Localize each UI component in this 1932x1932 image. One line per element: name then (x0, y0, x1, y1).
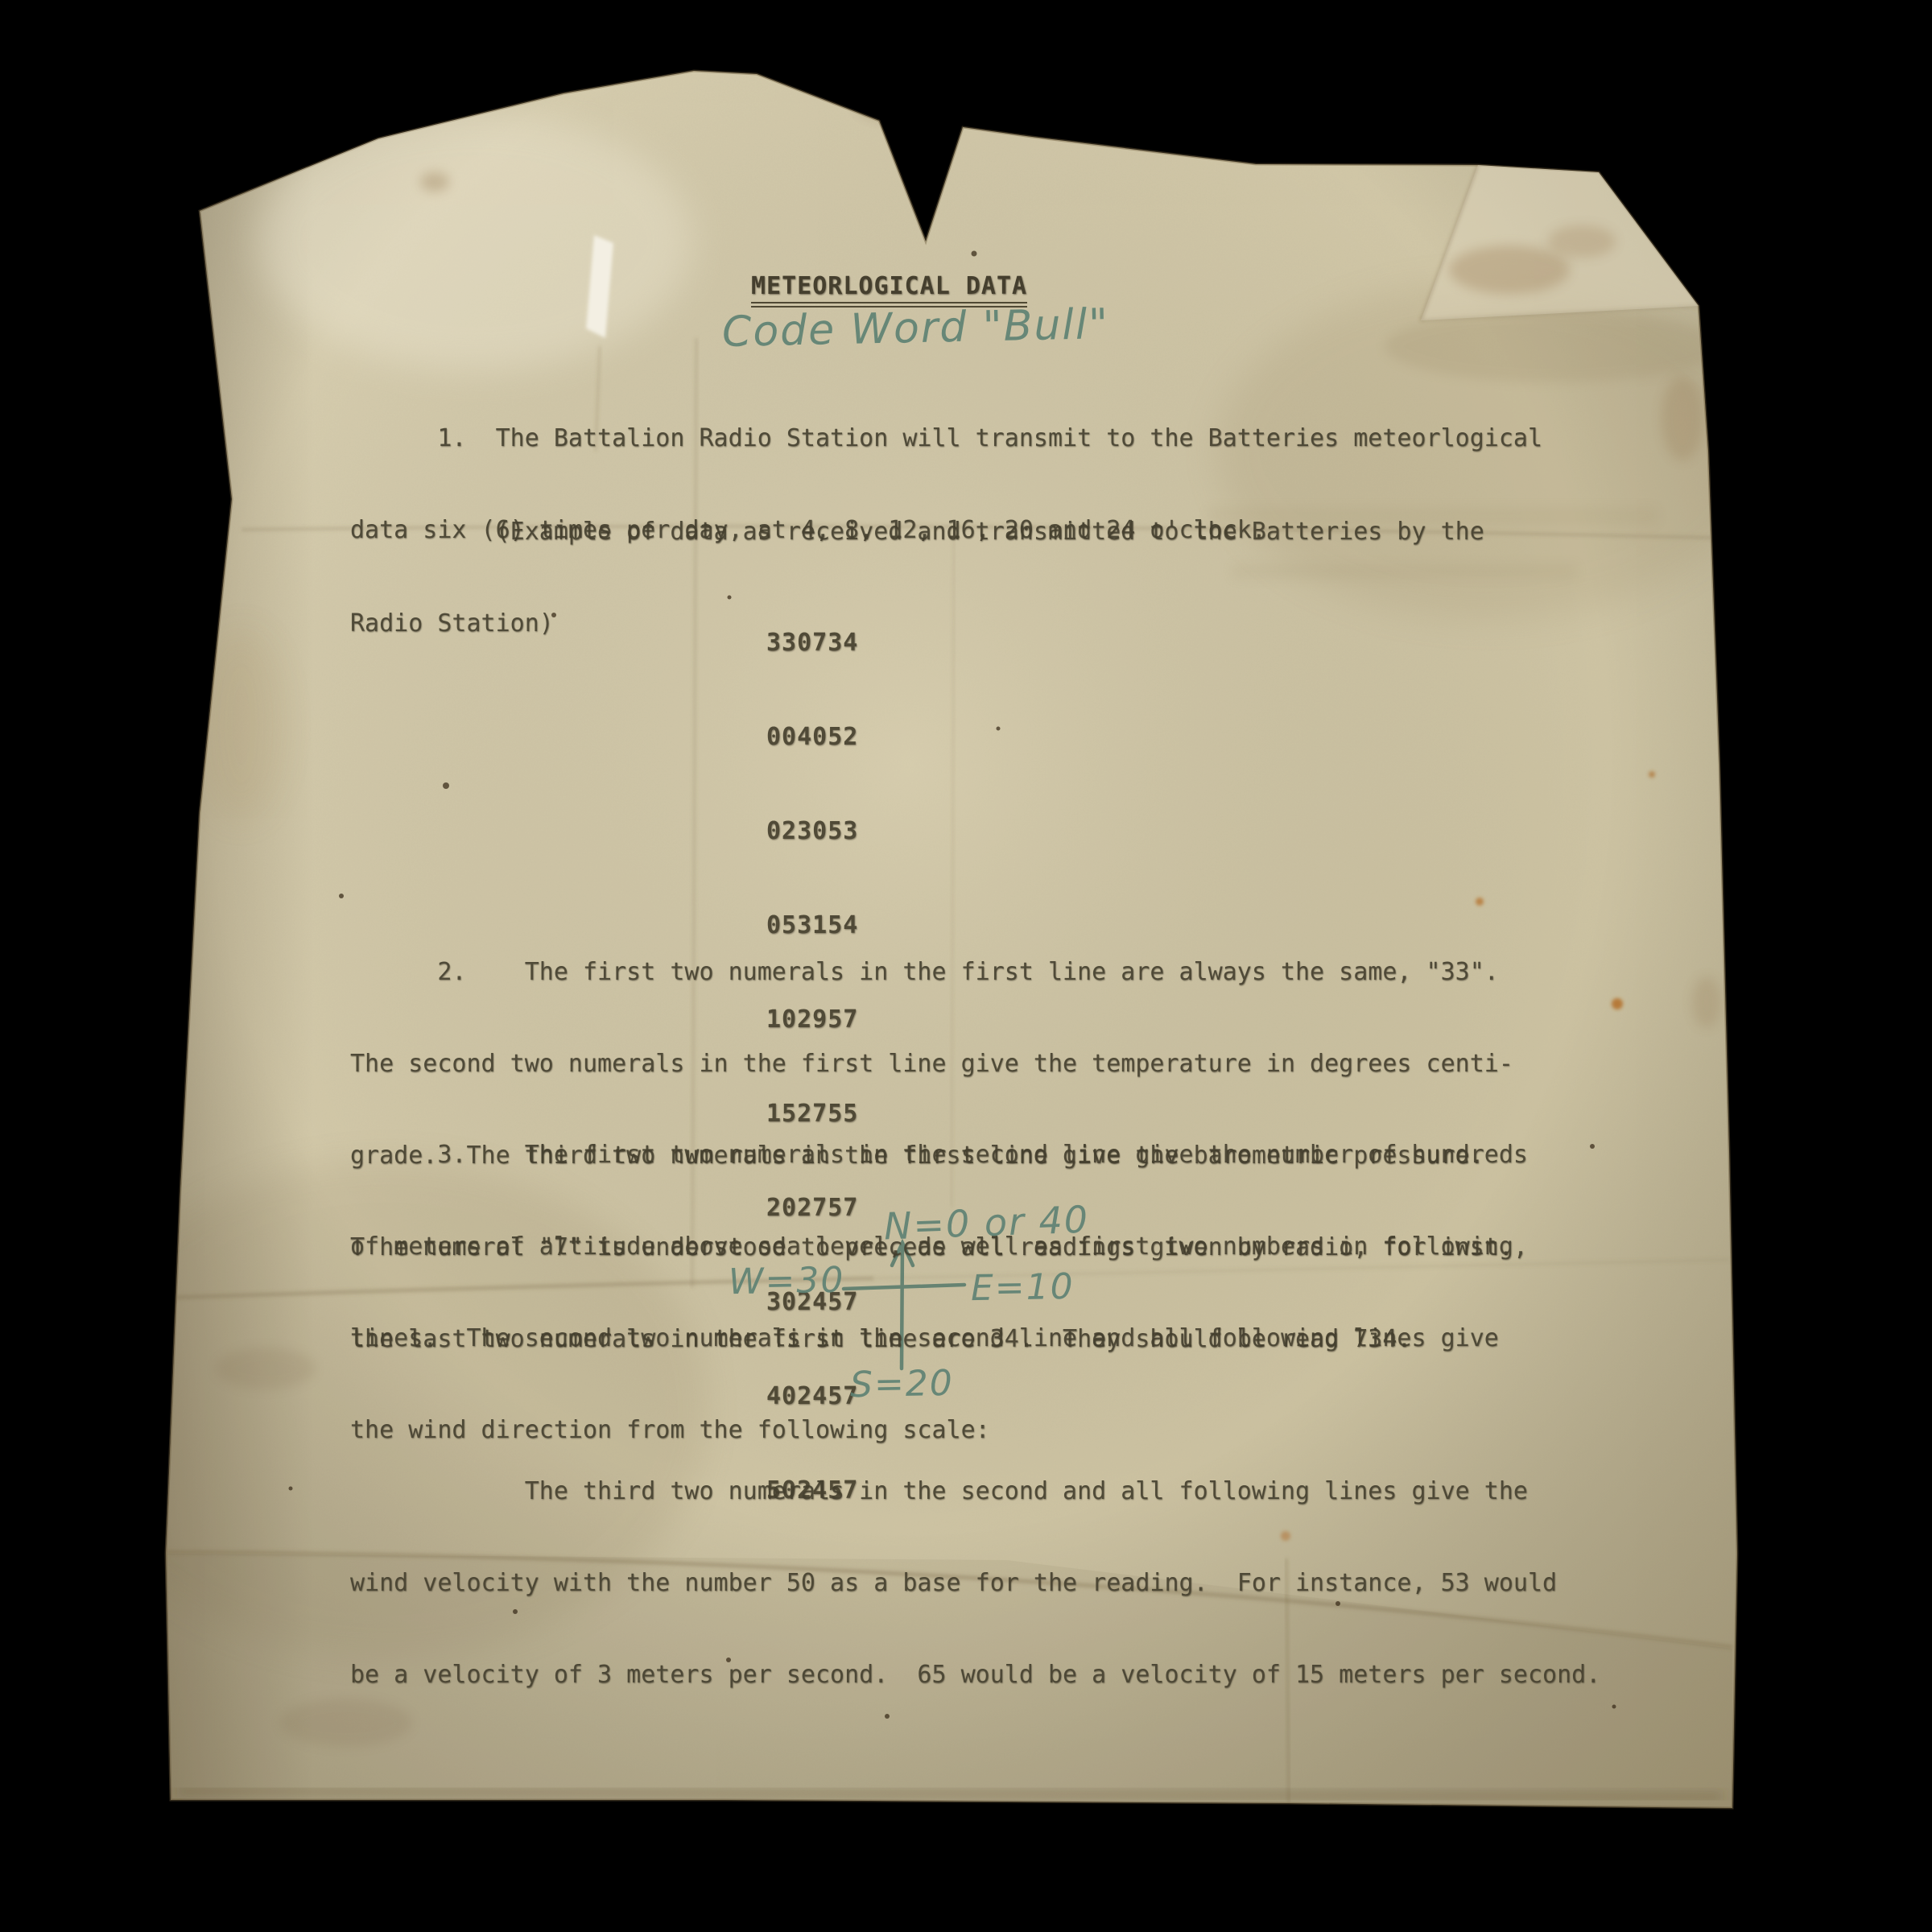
typed-line: be a velocity of 3 meters per second. 65… (350, 1660, 1600, 1690)
typed-line: Radio Station) (350, 609, 1484, 639)
wind-rose-east-label: E=10 (971, 1266, 1075, 1309)
paragraph-4: The third two numerals in the second and… (350, 1415, 1600, 1752)
typed-line: lines. The second two numerals in the se… (350, 1323, 1528, 1354)
typed-line: (Example of data as received and transmi… (350, 517, 1484, 547)
data-line: 004052 (766, 721, 858, 753)
data-line: 023053 (766, 815, 858, 847)
typed-line: wind velocity with the number 50 as a ba… (350, 1568, 1600, 1599)
typed-line: 2. The first two numerals in the first l… (350, 957, 1528, 988)
data-line: 330734 (766, 627, 858, 658)
wind-rose-south-label: S=20 (850, 1363, 955, 1406)
photo-backdrop: METEORLOGICAL DATA Code Word "Bull" 1. T… (0, 0, 1932, 1932)
example-note: (Example of data as received and transmi… (350, 456, 1484, 700)
typed-line: The third two numerals in the second and… (350, 1476, 1600, 1507)
typed-line: 3. The first two numerals in the second … (350, 1140, 1528, 1170)
wind-rose-west-label: W=30 (729, 1260, 845, 1303)
typed-line: 1. The Battalion Radio Station will tran… (350, 423, 1542, 454)
wind-rose-north-label: N=0 or 40 (883, 1198, 1090, 1249)
code-word-annotation: Code Word "Bull" (721, 300, 1109, 357)
typed-line: The second two numerals in the first lin… (350, 1049, 1528, 1080)
